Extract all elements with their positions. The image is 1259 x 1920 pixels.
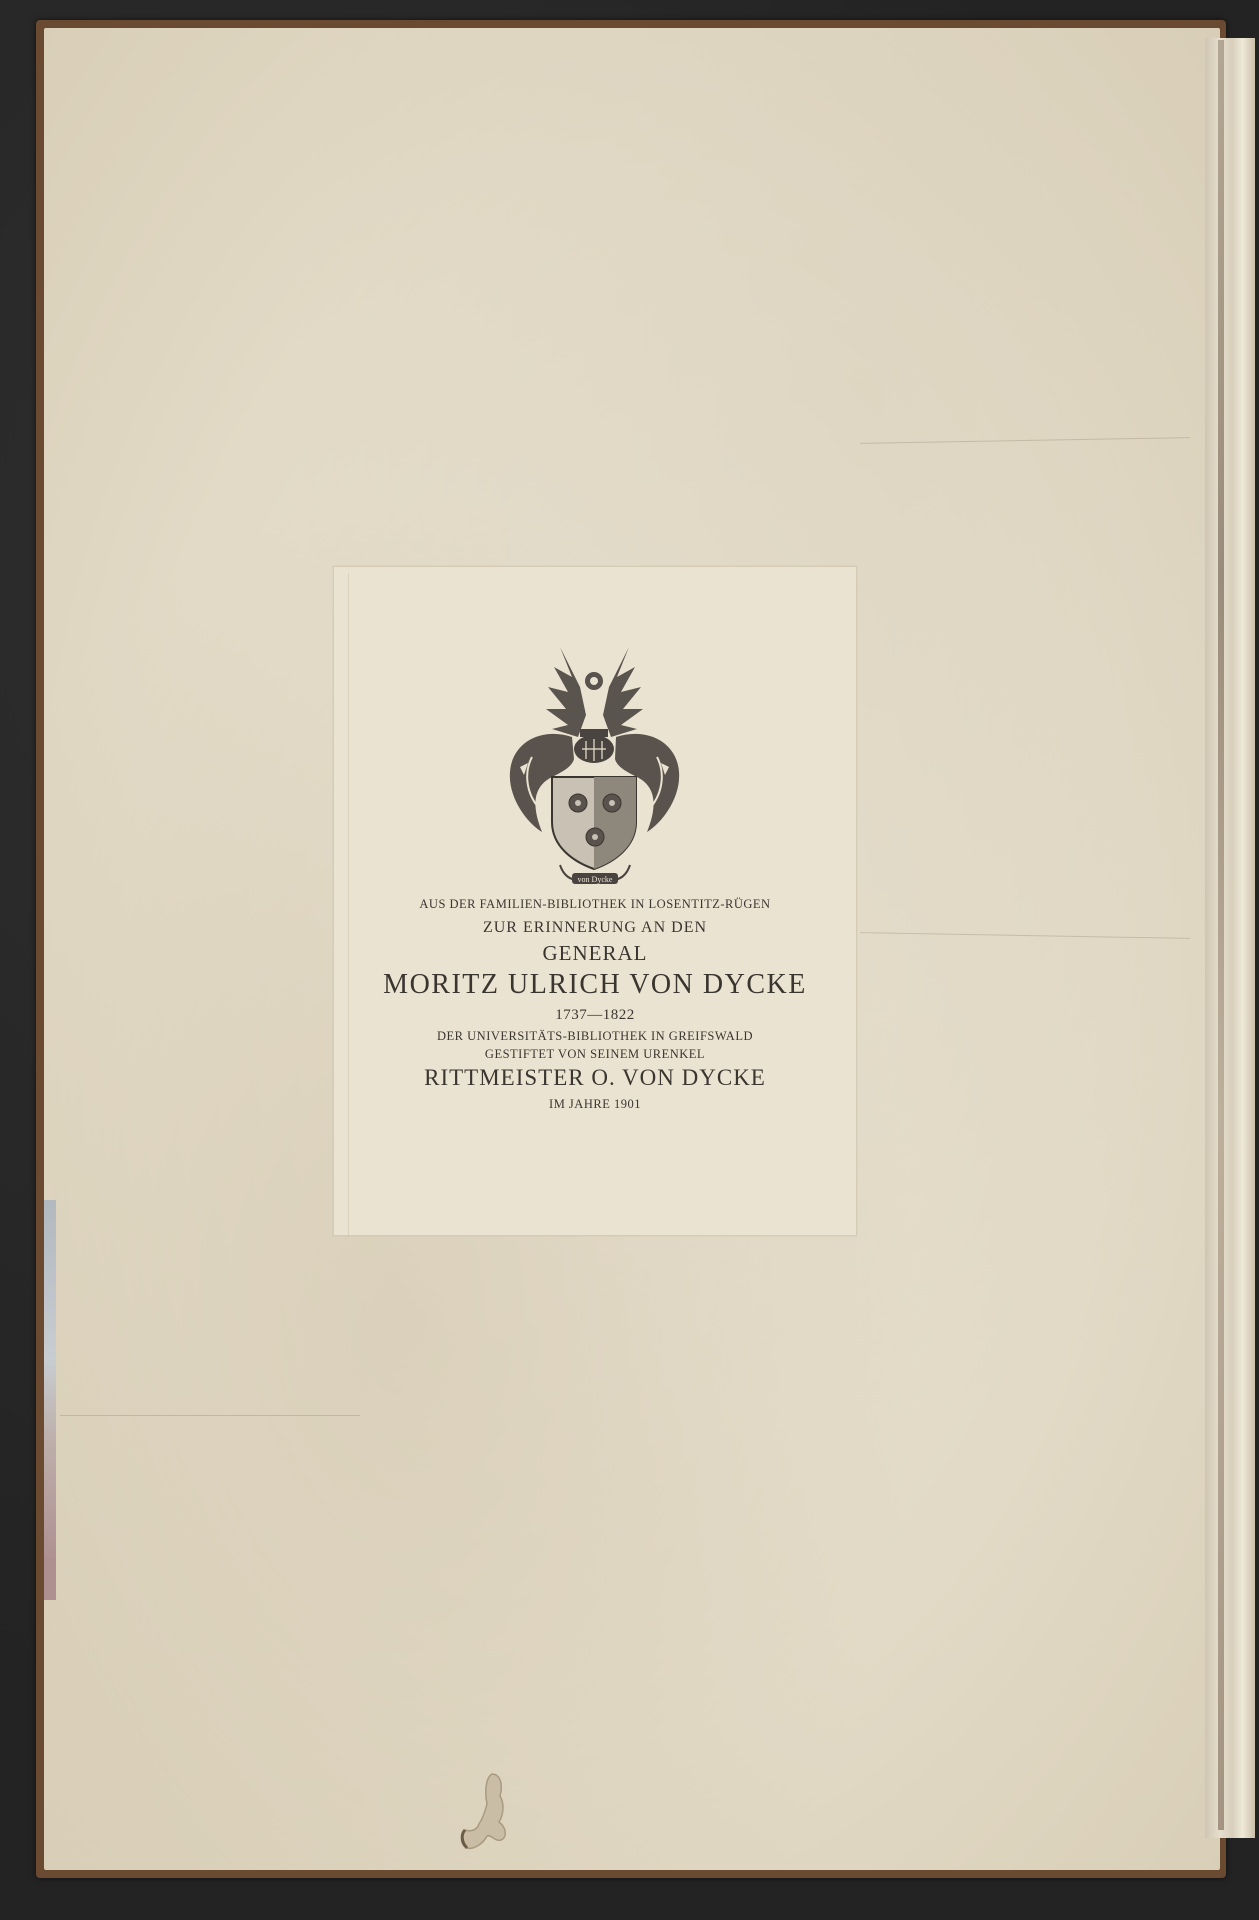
bookplate-line-memorial: ZUR ERINNERUNG AN DEN <box>334 919 856 937</box>
coat-of-arms-icon: von Dycke <box>502 637 687 887</box>
spine-crack <box>1218 40 1224 1830</box>
motto-scroll: von Dycke <box>578 875 613 884</box>
ex-libris-bookplate: von Dycke AUS DER FAMILIEN-BIBLIOTHEK IN… <box>333 566 857 1236</box>
bookplate-line-rank: GENERAL <box>334 941 856 966</box>
marbled-edge <box>44 1200 56 1600</box>
bookplate-line-year: IM JAHRE 1901 <box>334 1097 856 1112</box>
bookplate-line-provenance: AUS DER FAMILIEN-BIBLIOTHEK IN LOSENTITZ… <box>334 897 856 912</box>
gutter-spine-edge <box>1205 38 1255 1838</box>
paper-crease <box>60 1415 360 1416</box>
bookplate-line-donor-relation: GESTIFTET VON SEINEM URENKEL <box>334 1047 856 1062</box>
bookplate-line-name: MORITZ ULRICH VON DYCKE <box>334 969 856 1001</box>
bookplate-line-donor: RITTMEISTER O. VON DYCKE <box>334 1065 856 1091</box>
bookplate-line-dates: 1737—1822 <box>334 1007 856 1024</box>
bookplate-line-library: DER UNIVERSITÄTS-BIBLIOTHEK IN GREIFSWAL… <box>334 1029 856 1044</box>
ink-stain <box>457 1772 517 1852</box>
